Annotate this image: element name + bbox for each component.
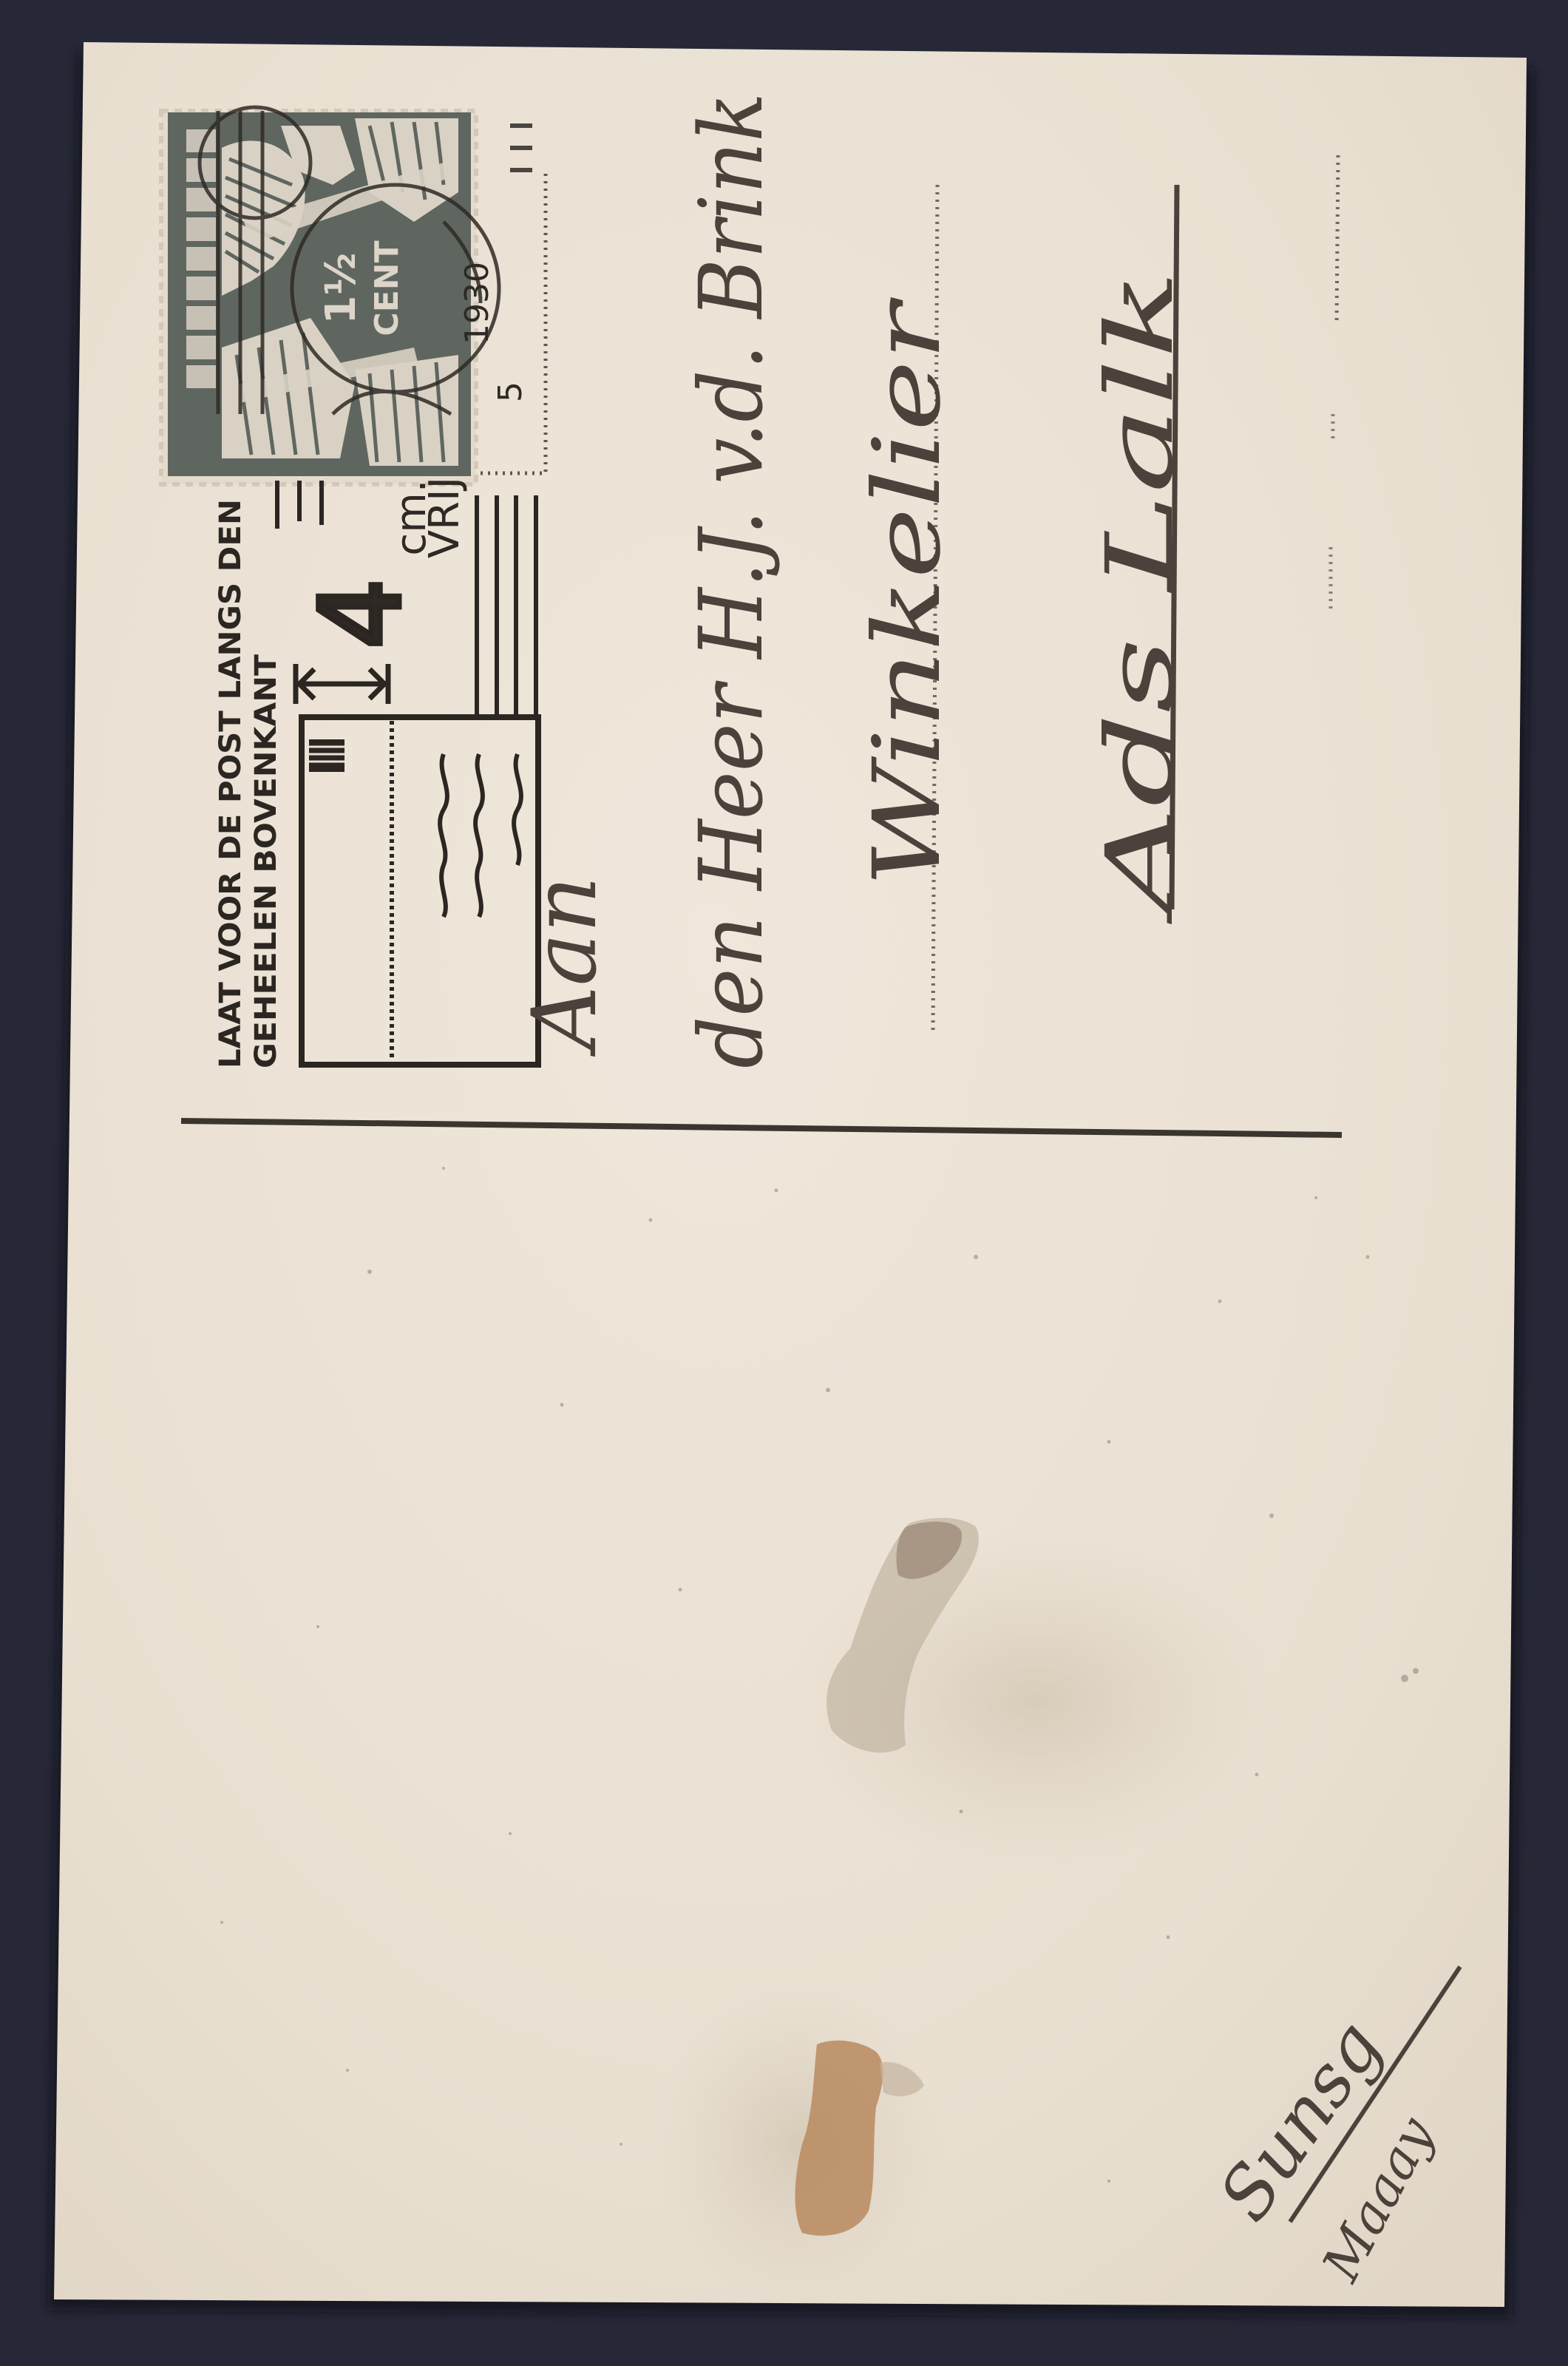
address-line-1: den Heer H.J. v.d. Brink bbox=[680, 92, 782, 1068]
slogan-line-2: GEHEELEN BOVENKANT bbox=[249, 654, 283, 1068]
stamp-numeral: 1½ bbox=[317, 253, 365, 325]
stamp-denomination-label: CENT bbox=[368, 240, 406, 336]
slogan-free-word: VRIJ bbox=[421, 477, 469, 558]
slogan-line-1: LAAT VOOR DE POST LANGS DEN bbox=[214, 499, 248, 1068]
postage-stamp: 1½ CENT bbox=[161, 111, 476, 484]
faint-stain-2 bbox=[651, 1982, 946, 2307]
slogan-big-number: 4 bbox=[297, 578, 426, 648]
postmark-time: 5 bbox=[492, 382, 529, 402]
address-salutation: Aan bbox=[514, 876, 617, 1058]
postcard-scene: 1½ CENT 1930 5 LAAT VOOR DE POST LANGS D… bbox=[0, 0, 1568, 2366]
address-line-2: Winkelier bbox=[854, 297, 961, 887]
postmark-date: 1930 bbox=[458, 262, 496, 345]
